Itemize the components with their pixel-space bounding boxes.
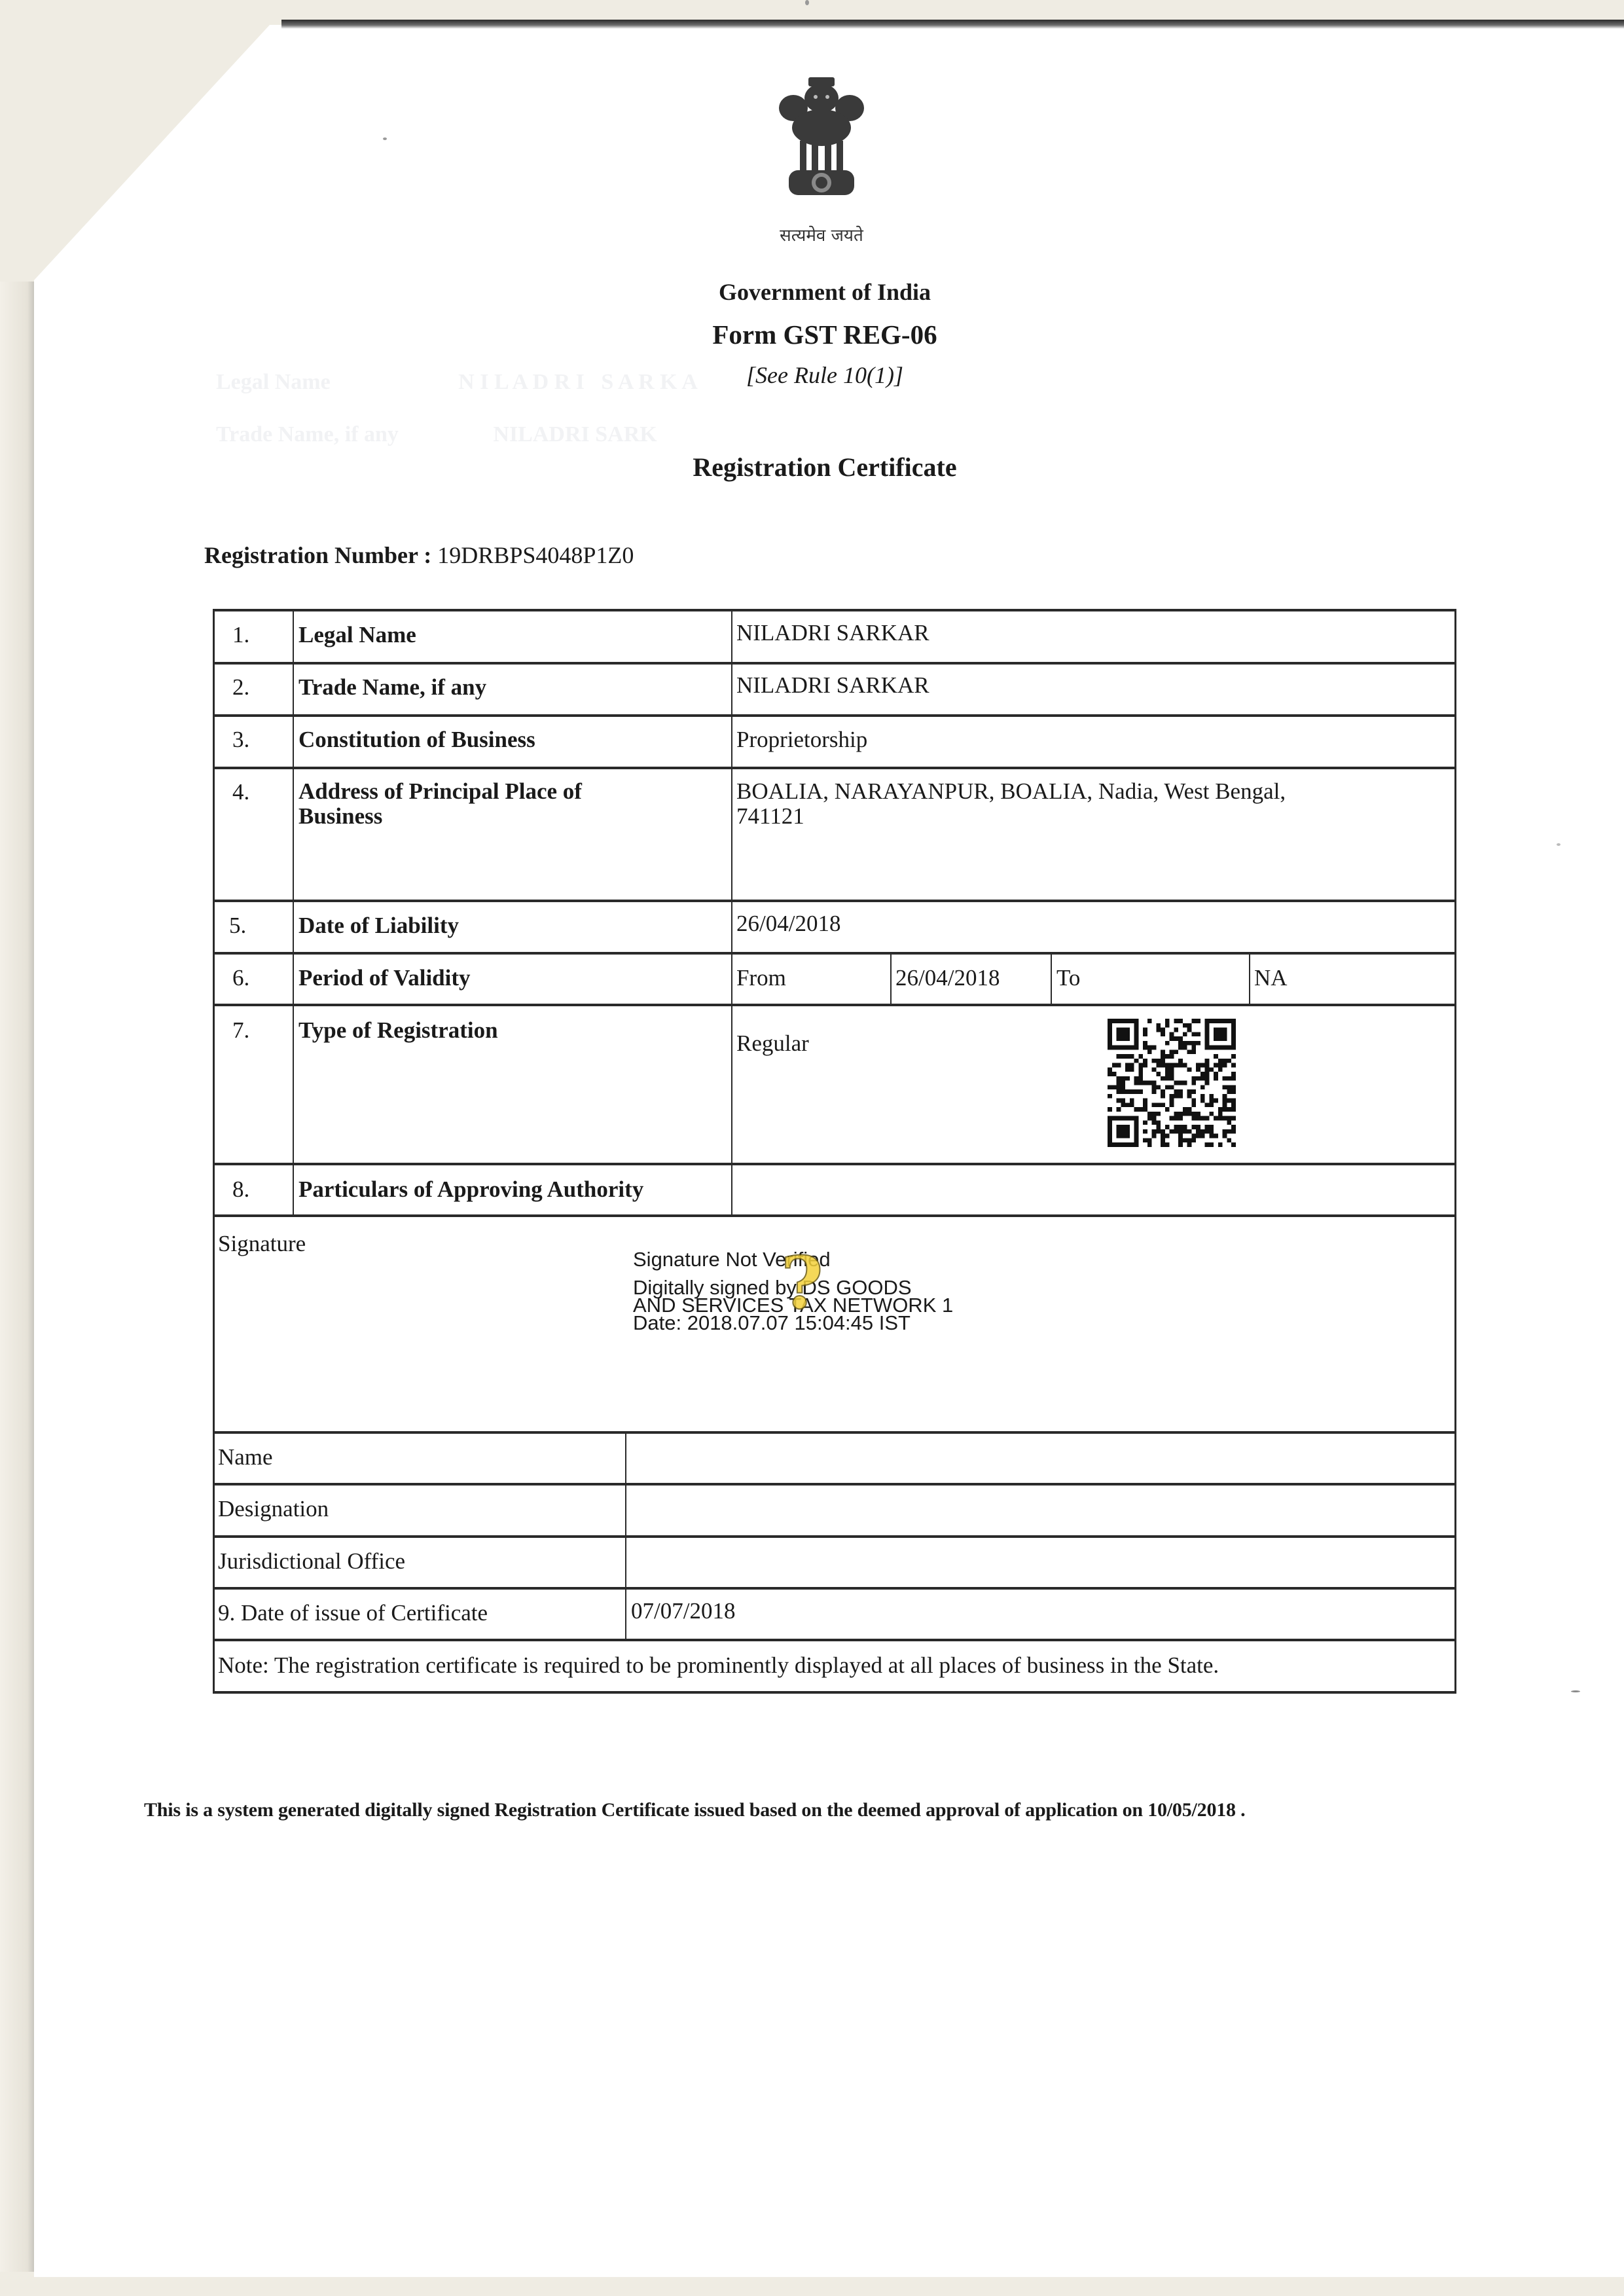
field-value: NILADRI SARKAR [736, 620, 929, 646]
date-of-issue-value: 07/07/2018 [631, 1598, 735, 1624]
authority-label: Designation [218, 1496, 329, 1522]
table-rule [625, 1431, 626, 1641]
row-number: 1. [232, 622, 249, 648]
field-label-line: Business [298, 804, 582, 829]
table-rule [213, 1535, 1456, 1538]
scan-speck [1571, 1690, 1580, 1692]
table-rule [293, 609, 294, 1217]
validity-to-date: NA [1254, 965, 1288, 991]
field-label: Address of Principal Place of Business [298, 779, 582, 829]
field-label: Date of Liability [298, 913, 459, 939]
table-rule [213, 1431, 1456, 1434]
system-generated-footer: This is a system generated digitally sig… [144, 1799, 1532, 1821]
page-top-shadow [281, 20, 1624, 29]
field-label-line: Address of Principal Place of [298, 779, 582, 804]
scan-speck [805, 0, 809, 5]
table-rule [731, 609, 732, 1217]
table-rule [890, 952, 892, 1006]
show-through-text: Legal Name N I L A D R I S A R K A [216, 370, 698, 395]
address-line: 741121 [736, 804, 1286, 829]
authority-label: 9. Date of issue of Certificate [218, 1600, 488, 1626]
registration-number-value: 19DRBPS4048P1Z0 [437, 542, 634, 568]
table-rule [213, 1214, 1456, 1217]
scan-speck [383, 137, 387, 140]
state-emblem-icon [772, 72, 871, 203]
table-rule [213, 1004, 1456, 1006]
government-title: Government of India [655, 278, 995, 306]
display-note: Note: The registration certificate is re… [218, 1652, 1219, 1679]
row-number: 6. [232, 965, 249, 991]
signature-label: Signature [218, 1231, 306, 1257]
qr-code-icon [1108, 1019, 1236, 1147]
table-rule [213, 662, 1456, 665]
field-value: NILADRI SARKAR [736, 672, 929, 699]
form-title: Form GST REG-06 [655, 319, 995, 350]
authority-label: Name [218, 1444, 273, 1470]
table-rule [1051, 952, 1052, 1006]
scanner-bed-edge [0, 282, 34, 2272]
table-rule [213, 767, 1456, 769]
registration-number-label: Registration Number : [204, 542, 431, 568]
validity-from-label: From [736, 965, 786, 991]
address-line: BOALIA, NARAYANPUR, BOALIA, Nadia, West … [736, 779, 1286, 804]
field-value: Regular [736, 1030, 809, 1057]
authority-label: Jurisdictional Office [218, 1548, 405, 1575]
row-number: 4. [232, 779, 249, 805]
table-rule [1454, 609, 1456, 1693]
registration-number: Registration Number : 19DRBPS4048P1Z0 [204, 541, 634, 569]
question-mark-icon: ? [781, 1247, 823, 1319]
table-rule [213, 952, 1456, 955]
rule-reference: [See Rule 10(1)] [655, 361, 995, 389]
field-label: Type of Registration [298, 1017, 498, 1044]
row-number: 5. [229, 913, 246, 939]
table-rule [213, 609, 1456, 611]
field-value: 26/04/2018 [736, 911, 840, 937]
table-rule [213, 1163, 1456, 1165]
field-label: Particulars of Approving Authority [298, 1176, 643, 1203]
certificate-title: Registration Certificate [609, 452, 1041, 483]
table-rule [1249, 952, 1250, 1006]
field-label: Period of Validity [298, 965, 471, 991]
show-through-text: Trade Name, if any NILADRI SARK [216, 422, 657, 447]
row-number: 2. [232, 674, 249, 701]
table-rule [213, 900, 1456, 902]
field-label: Trade Name, if any [298, 674, 486, 701]
scan-speck [1557, 843, 1561, 846]
field-label: Legal Name [298, 622, 416, 648]
table-rule [213, 609, 215, 1693]
table-rule [213, 1639, 1456, 1641]
field-value: BOALIA, NARAYANPUR, BOALIA, Nadia, West … [736, 779, 1286, 829]
table-rule [213, 1691, 1456, 1694]
table-rule [213, 714, 1456, 717]
field-value: Proprietorship [736, 727, 867, 753]
row-number: 3. [232, 727, 249, 753]
row-number: 8. [232, 1176, 249, 1203]
emblem-motto: सत्यमेव जयते [720, 223, 923, 246]
validity-from-date: 26/04/2018 [895, 965, 1000, 991]
table-rule [213, 1587, 1456, 1590]
field-label: Constitution of Business [298, 727, 535, 753]
table-rule [213, 1483, 1456, 1485]
validity-to-label: To [1056, 965, 1080, 991]
row-number: 7. [232, 1017, 249, 1044]
